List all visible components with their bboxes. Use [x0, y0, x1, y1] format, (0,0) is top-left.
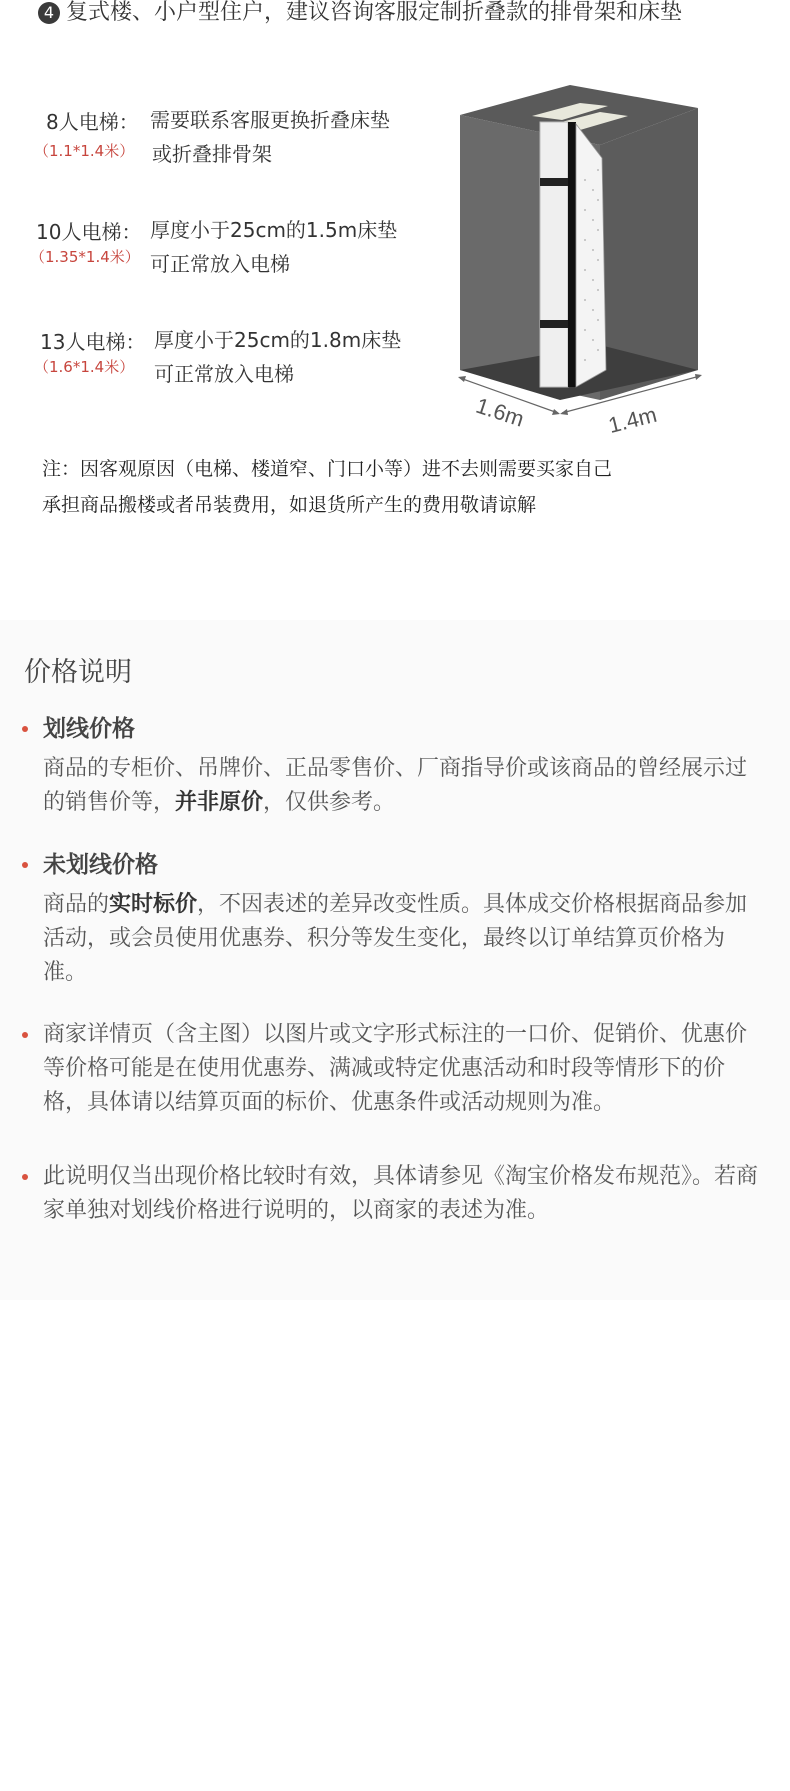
- note-line1: 注：因客观原因（电梯、楼道窄、门口小等）进不去则需要买家自己: [42, 454, 612, 481]
- item-body: 此说明仅当出现价格比较时有效，具体请参见《淘宝价格发布规范》。若商家单独对划线价…: [43, 1160, 762, 1228]
- elevator-label: 8人电梯：: [46, 106, 139, 135]
- elevator-desc-line1: 厚度小于25cm的1.5m床垫: [150, 212, 397, 248]
- section-title: 价格说明: [24, 650, 132, 689]
- elevator-desc-line1: 厚度小于25cm的1.8m床垫: [154, 322, 401, 358]
- item-body: 商家详情页（含主图）以图片或文字形式标注的一口价、促销价、优惠价等价格可能是在使…: [43, 1018, 762, 1120]
- elevator-label: 13人电梯：: [40, 326, 145, 355]
- note-line2: 承担商品搬楼或者吊装费用，如退货所产生的费用敬请谅解: [42, 490, 536, 517]
- elevator-size: （1.1*1.4米）: [34, 140, 134, 161]
- width-label: 1.4m: [606, 402, 660, 438]
- elevator-desc-line2: 可正常放入电梯: [154, 356, 294, 392]
- number-badge: 4: [38, 2, 60, 24]
- elevator-size: （1.35*1.4米）: [30, 246, 140, 267]
- item-body: 商品的专柜价、吊牌价、正品零售价、厂商指导价或该商品的曾经展示过的销售价等，并非…: [43, 752, 762, 820]
- price-item-strikethrough: 划线价格 商品的专柜价、吊牌价、正品零售价、厂商指导价或该商品的曾经展示过的销售…: [22, 712, 762, 820]
- bullet-dot-icon: [22, 1032, 28, 1038]
- elevator-mattress-diagram: 1.6m 1.4m: [440, 70, 720, 440]
- tip-line: 4 复式楼、小户型住户，建议咨询客服定制折叠款的排骨架和床垫: [38, 0, 682, 26]
- item-title: 未划线价格: [43, 848, 762, 882]
- item-body: 商品的实时标价，不因表述的差异改变性质。具体成交价格根据商品参加活动，或会员使用…: [43, 888, 762, 990]
- bullet-dot-icon: [22, 862, 28, 868]
- price-explanation-section: 价格说明 划线价格 商品的专柜价、吊牌价、正品零售价、厂商指导价或该商品的曾经展…: [0, 620, 790, 1300]
- item-title: 划线价格: [43, 712, 762, 746]
- elevator-desc-line2: 或折叠排骨架: [152, 136, 272, 172]
- elevator-size: （1.6*1.4米）: [34, 356, 134, 377]
- tip-text: 复式楼、小户型住户，建议咨询客服定制折叠款的排骨架和床垫: [66, 0, 682, 26]
- elevator-desc-line2: 可正常放入电梯: [150, 246, 290, 282]
- price-item-scope: 此说明仅当出现价格比较时有效，具体请参见《淘宝价格发布规范》。若商家单独对划线价…: [22, 1160, 762, 1228]
- bullet-dot-icon: [22, 726, 28, 732]
- price-item-non-strikethrough: 未划线价格 商品的实时标价，不因表述的差异改变性质。具体成交价格根据商品参加活动…: [22, 848, 762, 990]
- bullet-dot-icon: [22, 1174, 28, 1180]
- elevator-label: 10人电梯：: [36, 216, 141, 245]
- price-item-merchant-detail: 商家详情页（含主图）以图片或文字形式标注的一口价、促销价、优惠价等价格可能是在使…: [22, 1018, 762, 1120]
- elevator-desc-line1: 需要联系客服更换折叠床垫: [150, 102, 390, 138]
